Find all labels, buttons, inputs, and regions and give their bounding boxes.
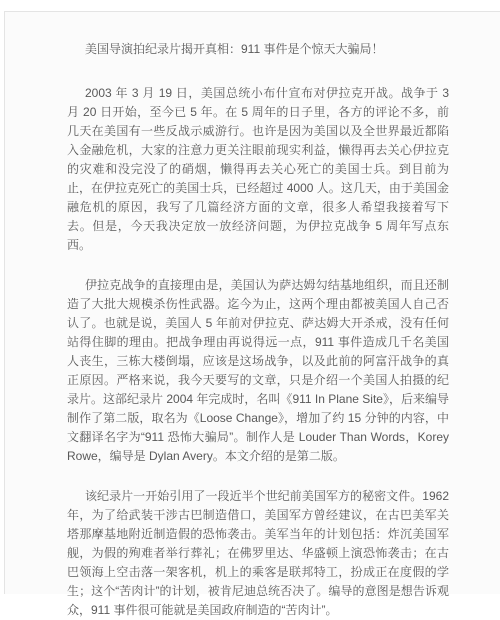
article-paragraph-1: 2003 年 3 月 19 日，美国总统小布什宣布对伊拉克开战。战争于 3 月 … bbox=[67, 84, 449, 255]
article-title: 美国导演拍纪录片揭开真相：911 事件是个惊天大骗局！ bbox=[67, 40, 449, 59]
article-body: 美国导演拍纪录片揭开真相：911 事件是个惊天大骗局！ 2003 年 3 月 1… bbox=[67, 40, 449, 594]
article-paragraph-2: 伊拉克战争的直接理由是，美国认为萨达姆勾结基地组织，而且还制造了大批大规模杀伤性… bbox=[67, 276, 449, 466]
article-panel: 美国导演拍纪录片揭开真相：911 事件是个惊天大骗局！ 2003 年 3 月 1… bbox=[4, 11, 500, 594]
article-paragraph-3: 该纪录片一开始引用了一段近半个世纪前美国军方的秘密文件。1962 年，为了给武装… bbox=[67, 487, 449, 594]
